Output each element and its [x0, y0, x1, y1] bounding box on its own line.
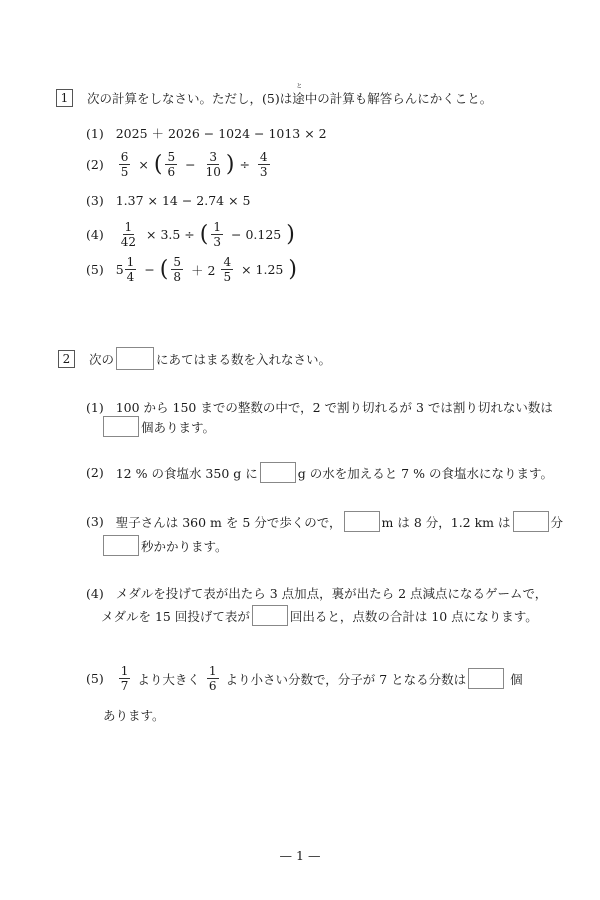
problem-text: g の水を加えると 7 % の食塩水になります。: [298, 464, 553, 482]
fraction: 56: [165, 150, 177, 179]
problem-2-4-line2: メダルを 15 回投げて表が 回出ると，点数の合計は 10 点になります。: [101, 605, 538, 626]
section-1-header: 1 次の計算をしなさい。ただし，(5)はと途中の計算も解答らんにかくこと。: [56, 89, 492, 107]
section-number-box: 2: [58, 350, 75, 368]
problem-2-3-line2: 秒かかります。: [101, 535, 228, 556]
ruby-text: と: [296, 81, 302, 90]
numerator: 6: [119, 150, 131, 165]
answer-blank-sample: [116, 347, 154, 370]
problem-1-1: (1) 2025 ＋ 2026 − 1024 − 1013 × 2: [86, 124, 327, 142]
answer-blank-2-5[interactable]: [468, 668, 504, 689]
denominator: 5: [119, 165, 131, 179]
problem-2-1-line2: 個あります。: [101, 416, 215, 437]
problem-text: m は 8 分，1.2 km は: [382, 513, 511, 531]
numerator: 3: [207, 150, 219, 165]
problem-text: 12 % の食塩水 350 g に: [116, 464, 258, 482]
paren-open: (: [200, 222, 209, 247]
problem-text: より大きく: [137, 670, 200, 688]
denominator: 10: [204, 165, 223, 179]
problem-text: 100 から 150 までの整数の中で，2 で割り切れるが 3 では割り切れない…: [116, 398, 553, 416]
problem-2-1-line1: (1) 100 から 150 までの整数の中で，2 で割り切れるが 3 では割り…: [86, 398, 553, 416]
operator: × 3.5 ÷: [146, 227, 195, 242]
problem-label: (3): [86, 514, 104, 529]
paren-open: (: [160, 257, 169, 282]
numerator: 1: [125, 255, 137, 270]
problem-label: (1): [86, 400, 104, 415]
fraction: 65: [119, 150, 131, 179]
operator: ×: [138, 157, 148, 172]
problem-label: (3): [86, 193, 104, 208]
problem-text: メダルを 15 回投げて表が: [101, 607, 250, 625]
fraction: 43: [258, 150, 270, 179]
whole-number: 5: [116, 262, 124, 277]
answer-blank-2-3b[interactable]: [513, 511, 549, 532]
problem-2-3-line1: (3) 聖子さんは 360 m を 5 分で歩くので， m は 8 分，1.2 …: [86, 511, 563, 532]
fraction: 13: [211, 220, 223, 249]
denominator: 42: [119, 235, 138, 249]
operator: ＋ 2: [191, 261, 215, 279]
instruction-text: 次の計算をしなさい。ただし，(5)はと途中の計算も解答らんにかくこと。: [87, 89, 492, 107]
problem-text: 個: [510, 670, 523, 688]
problem-label: (2): [86, 465, 104, 480]
answer-blank-2-2[interactable]: [260, 462, 296, 483]
numerator: 5: [171, 255, 183, 270]
denominator: 5: [221, 270, 233, 284]
problem-1-4: (4) 142 × 3.5 ÷ ( 13 − 0.125 ): [86, 220, 295, 249]
numerator: 1: [123, 220, 135, 235]
answer-blank-2-3a[interactable]: [344, 511, 380, 532]
section-2-header: 2 次の にあてはまる数を入れなさい。: [58, 347, 331, 370]
numerator: 1: [211, 220, 223, 235]
expression: 1.37 × 14 − 2.74 × 5: [116, 193, 251, 208]
problem-2-2: (2) 12 % の食塩水 350 g に g の水を加えると 7 % の食塩水…: [86, 462, 553, 483]
denominator: 7: [119, 679, 131, 693]
problem-text: メダルを投げて表が出たら 3 点加点，裏が出たら 2 点減点になるゲームで，: [116, 584, 548, 602]
problem-label: (5): [86, 671, 104, 686]
denominator: 8: [171, 270, 183, 284]
problem-label: (4): [86, 227, 104, 242]
problem-text: 回出ると，点数の合計は 10 点になります。: [290, 607, 538, 625]
problem-label: (4): [86, 586, 104, 601]
ruby-base: 途: [292, 91, 305, 106]
denominator: 6: [165, 165, 177, 179]
problem-2-5-line2: あります。: [103, 706, 165, 724]
fraction: 142: [119, 220, 138, 249]
denominator: 3: [211, 235, 223, 249]
answer-blank-2-3c[interactable]: [103, 535, 139, 556]
problem-label: (1): [86, 126, 104, 141]
operator: −: [144, 262, 154, 277]
instruction-part-a: 次の計算をしなさい。ただし，(5)は: [87, 91, 292, 106]
denominator: 3: [258, 165, 270, 179]
problem-text: 聖子さんは 360 m を 5 分で歩くので，: [116, 513, 342, 531]
answer-blank-2-4[interactable]: [252, 605, 288, 626]
fraction: 16: [207, 664, 219, 693]
instruction-part-a: 次の: [89, 350, 114, 368]
numerator: 4: [258, 150, 270, 165]
problem-text: 秒かかります。: [141, 537, 228, 555]
paren-close: ): [286, 222, 295, 247]
page-number: — 1 —: [0, 848, 600, 863]
problem-label: (2): [86, 157, 104, 172]
problem-text: 個あります。: [141, 418, 215, 436]
problem-1-2: (2) 65 × ( 56 − 310 ) ÷ 43: [86, 150, 273, 179]
numerator: 5: [165, 150, 177, 165]
section-number-box: 1: [56, 89, 73, 107]
fraction: 310: [204, 150, 223, 179]
paren-close: ): [226, 152, 235, 177]
expression-tail: × 1.25: [241, 262, 283, 277]
problem-text: 分: [551, 513, 564, 531]
problem-label: (5): [86, 262, 104, 277]
fraction: 45: [221, 255, 233, 284]
instruction-part-b: 中の計算も解答らんにかくこと。: [305, 91, 493, 106]
problem-2-5-line1: (5) 17 より大きく 16 より小さい分数で，分子が 7 となる分数は 個: [86, 664, 523, 693]
answer-blank-2-1[interactable]: [103, 416, 139, 437]
expression: 2025 ＋ 2026 − 1024 − 1013 × 2: [116, 124, 327, 142]
problem-1-3: (3) 1.37 × 14 − 2.74 × 5: [86, 193, 251, 208]
paren-open: (: [154, 152, 163, 177]
instruction-part-b: にあてはまる数を入れなさい。: [156, 350, 331, 368]
problem-text: より小さい分数で，分子が 7 となる分数は: [226, 670, 467, 688]
numerator: 4: [221, 255, 233, 270]
denominator: 6: [207, 679, 219, 693]
problem-2-4-line1: (4) メダルを投げて表が出たら 3 点加点，裏が出たら 2 点減点になるゲーム…: [86, 584, 547, 602]
denominator: 4: [125, 270, 137, 284]
fraction: 58: [171, 255, 183, 284]
fraction: 14: [125, 255, 137, 284]
problem-1-5: (5) 5 14 − ( 58 ＋ 2 45 × 1.25 ): [86, 255, 297, 284]
paren-close: ): [288, 257, 297, 282]
fraction: 17: [119, 664, 131, 693]
operator: ÷: [239, 157, 249, 172]
operator: −: [185, 157, 195, 172]
ruby-annotation: と途: [292, 89, 305, 107]
numerator: 1: [119, 664, 131, 679]
numerator: 1: [207, 664, 219, 679]
expression-tail: − 0.125: [231, 227, 281, 242]
